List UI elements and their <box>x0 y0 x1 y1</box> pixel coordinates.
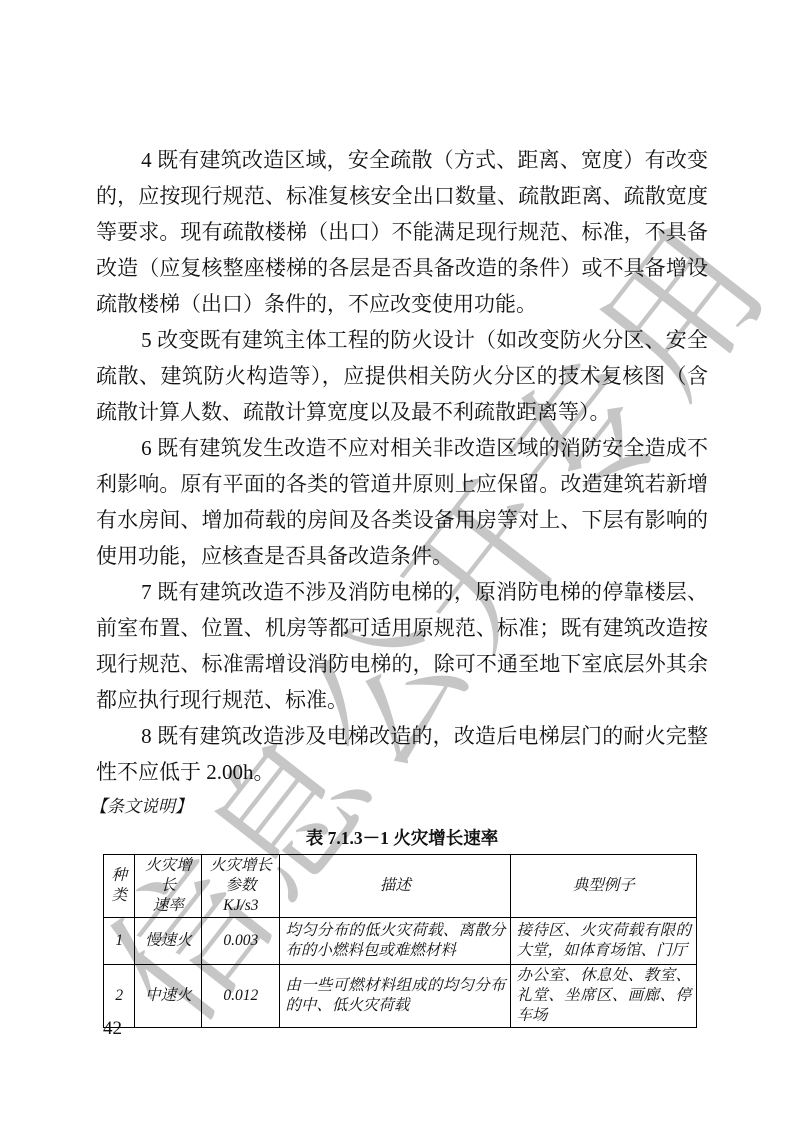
cell-growth-param: 0.012 <box>202 965 280 1028</box>
paragraph-4: 4 既有建筑改造区域，安全疏散（方式、距离、宽度）有改变的，应按现行规范、标准复… <box>96 142 708 322</box>
header-kind: 种类 <box>104 855 135 918</box>
header-description: 描述 <box>280 855 511 918</box>
cell-description: 由一些可燃材料组成的均匀分布的中、低火灾荷载 <box>280 965 511 1028</box>
fire-growth-rate-table: 种类 火灾增长 速率 火灾增长 参数 KJ/s3 描述 典型例子 1 慢速火 0… <box>103 854 697 1028</box>
header-growth-rate: 火灾增长 速率 <box>135 855 202 918</box>
paragraph-8: 8 既有建筑改造涉及电梯改造的，改造后电梯层门的耐火完整性不应低于 2.00h。 <box>96 718 708 790</box>
page-number: 42 <box>103 1018 122 1040</box>
document-page: 信息公开专用 4 既有建筑改造区域，安全疏散（方式、距离、宽度）有改变的，应按现… <box>0 0 800 1131</box>
table-row: 2 中速火 0.012 由一些可燃材料组成的均匀分布的中、低火灾荷载 办公室、休… <box>104 965 697 1028</box>
cell-typical-example: 办公室、休息处、教室、礼堂、坐席区、画廊、停车场 <box>511 965 697 1028</box>
table-row: 1 慢速火 0.003 均匀分布的低火灾荷载、离散分布的小燃料包或难燃材料 接待… <box>104 918 697 965</box>
cell-description: 均匀分布的低火灾荷载、离散分布的小燃料包或难燃材料 <box>280 918 511 965</box>
paragraph-7: 7 既有建筑改造不涉及消防电梯的，原消防电梯的停靠楼层、前室布置、位置、机房等都… <box>96 574 708 718</box>
header-growth-param: 火灾增长 参数 KJ/s3 <box>202 855 280 918</box>
page-content: 4 既有建筑改造区域，安全疏散（方式、距离、宽度）有改变的，应按现行规范、标准复… <box>96 142 708 1028</box>
commentary-label: 【条文说明】 <box>90 791 708 823</box>
cell-growth-rate: 慢速火 <box>135 918 202 965</box>
table-title: 表 7.1.3－1 火灾增长速率 <box>96 825 708 851</box>
header-typical-example: 典型例子 <box>511 855 697 918</box>
cell-kind: 1 <box>104 918 135 965</box>
cell-typical-example: 接待区、火灾荷载有限的大堂，如体育场馆、门厅 <box>511 918 697 965</box>
cell-growth-rate: 中速火 <box>135 965 202 1028</box>
cell-growth-param: 0.003 <box>202 918 280 965</box>
table-header-row: 种类 火灾增长 速率 火灾增长 参数 KJ/s3 描述 典型例子 <box>104 855 697 918</box>
paragraph-5: 5 改变既有建筑主体工程的防火设计（如改变防火分区、安全疏散、建筑防火构造等），… <box>96 322 708 430</box>
paragraph-6: 6 既有建筑发生改造不应对相关非改造区域的消防安全造成不利影响。原有平面的各类的… <box>96 430 708 574</box>
